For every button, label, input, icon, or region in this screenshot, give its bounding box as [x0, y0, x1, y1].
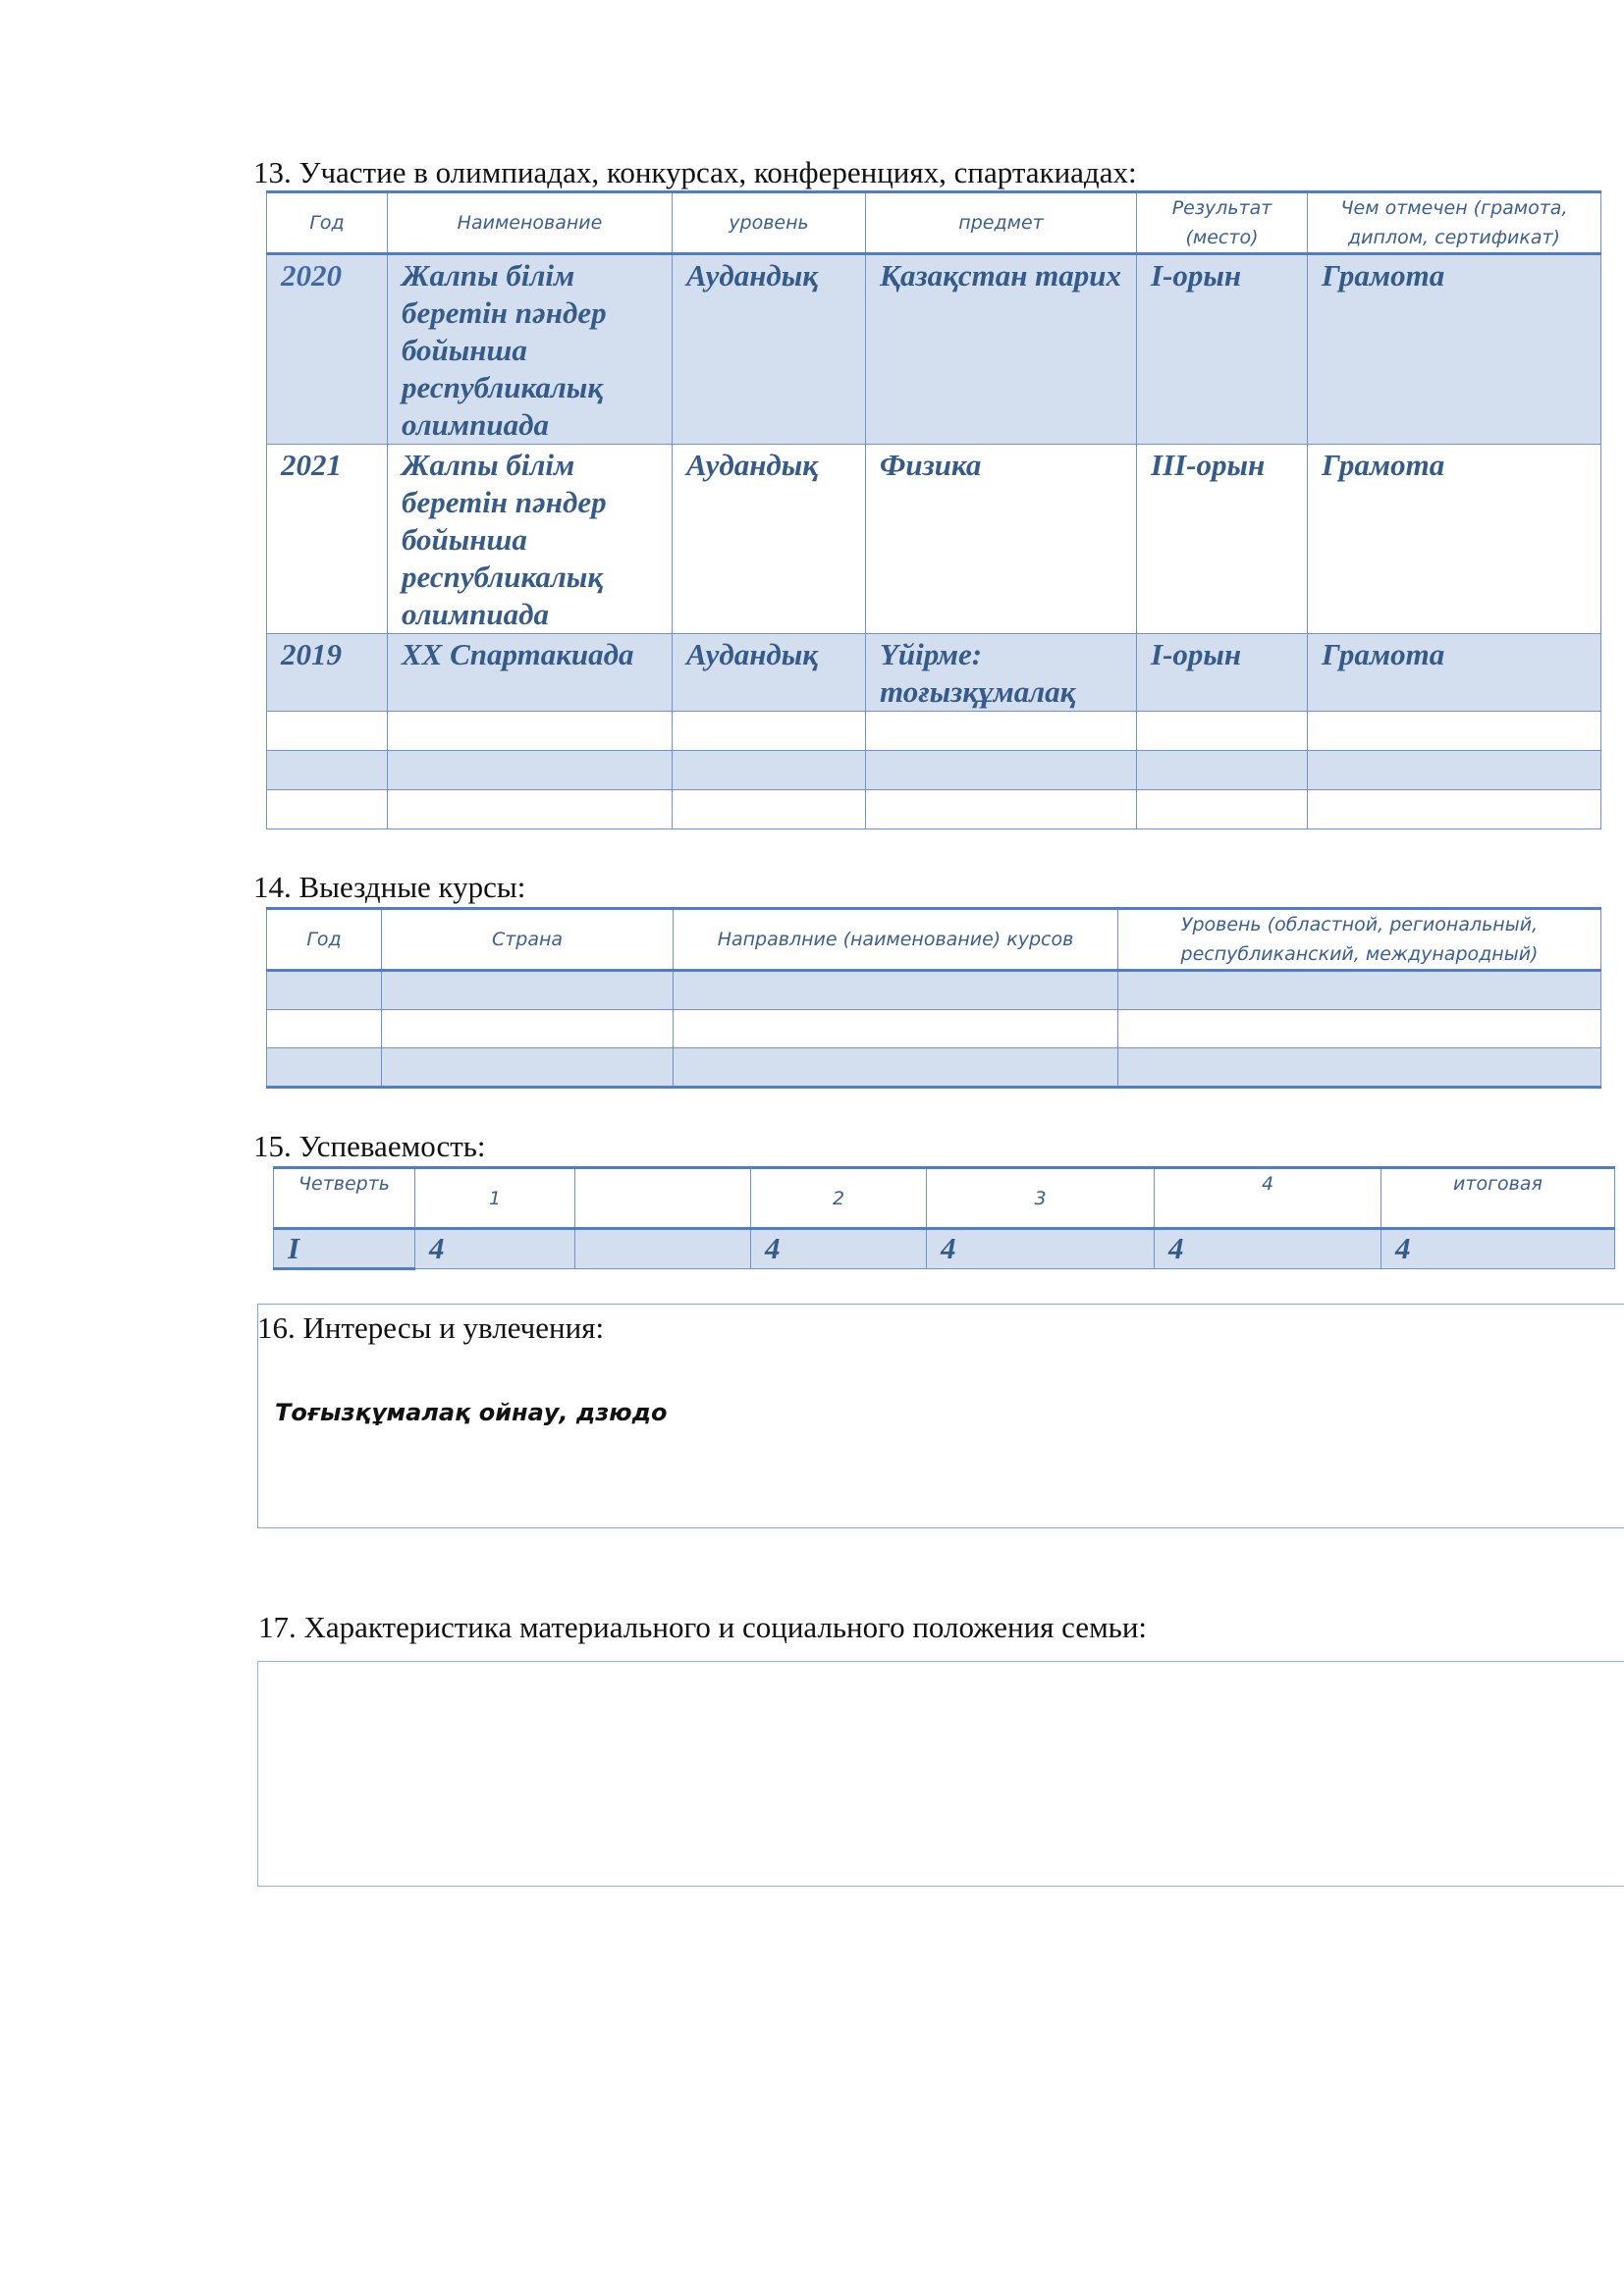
cell-name[interactable]: [388, 712, 673, 751]
cell-result[interactable]: [1137, 751, 1308, 790]
header-level: уровень: [673, 192, 866, 254]
header-award: Чем отмечен (грамота, диплом, сертификат…: [1308, 192, 1601, 254]
family-status-box[interactable]: [257, 1661, 1624, 1887]
cell-quarter[interactable]: I: [274, 1229, 415, 1269]
table-row: [267, 1048, 1601, 1088]
table-row: 2021 Жалпы білім беретін пәндер бойынша …: [267, 445, 1601, 634]
cell-level[interactable]: [673, 790, 866, 829]
header-result: Результат (место): [1137, 192, 1308, 254]
cell-award[interactable]: [1308, 712, 1601, 751]
cell-award[interactable]: [1308, 790, 1601, 829]
header-final: итоговая: [1381, 1168, 1615, 1229]
cell-name[interactable]: [388, 790, 673, 829]
cell-level[interactable]: [1118, 1048, 1601, 1088]
table-row: [267, 712, 1601, 751]
header-subject: предмет: [866, 192, 1137, 254]
cell-subject[interactable]: Үйірме: тоғызқұмалақ: [866, 634, 1137, 712]
header-country: Страна: [382, 909, 674, 971]
table-header-row: Год Страна Направлние (наименование) кур…: [267, 909, 1601, 971]
cell-level[interactable]: [1118, 1010, 1601, 1048]
cell-subject[interactable]: Физика: [866, 445, 1137, 634]
cell-q1[interactable]: 4: [415, 1229, 575, 1269]
cell-name[interactable]: Жалпы білім беретін пәндер бойынша респу…: [388, 254, 673, 445]
header-level: Уровень (областной, региональный, респуб…: [1118, 909, 1601, 971]
cell-year[interactable]: [267, 1010, 382, 1048]
table-row: 2020 Жалпы білім беретін пәндер бойынша …: [267, 254, 1601, 445]
section-17-title: 17. Характеристика материального и социа…: [258, 1610, 1147, 1645]
cell-country[interactable]: [382, 1048, 674, 1088]
cell-result[interactable]: [1137, 712, 1308, 751]
cell-name[interactable]: Жалпы білім беретін пәндер бойынша респу…: [388, 445, 673, 634]
cell-result[interactable]: III-орын: [1137, 445, 1308, 634]
cell-q4[interactable]: 4: [1155, 1229, 1381, 1269]
table-row: [267, 790, 1601, 829]
section-15-title: 15. Успеваемость:: [253, 1129, 486, 1164]
cell-level[interactable]: [673, 712, 866, 751]
cell-level[interactable]: [673, 751, 866, 790]
olympiad-table: Год Наименование уровень предмет Результ…: [266, 190, 1601, 829]
cell-award[interactable]: Грамота: [1308, 445, 1601, 634]
cell-name[interactable]: [388, 751, 673, 790]
header-blank: [575, 1168, 751, 1229]
cell-q2[interactable]: 4: [751, 1229, 927, 1269]
cell-level[interactable]: Аудандық: [673, 254, 866, 445]
table-row: [267, 751, 1601, 790]
cell-name[interactable]: XX Спартакиада: [388, 634, 673, 712]
cell-year[interactable]: [267, 1048, 382, 1088]
table-row: I 4 4 4 4 4: [274, 1229, 1615, 1269]
cell-year[interactable]: 2019: [267, 634, 388, 712]
cell-direction[interactable]: [674, 1010, 1118, 1048]
cell-country[interactable]: [382, 971, 674, 1010]
table-row: 2019 XX Спартакиада Аудандық Үйірме: тоғ…: [267, 634, 1601, 712]
cell-direction[interactable]: [674, 1048, 1118, 1088]
cell-level[interactable]: Аудандық: [673, 634, 866, 712]
header-quarter: Четверть: [274, 1168, 415, 1229]
cell-direction[interactable]: [674, 971, 1118, 1010]
cell-subject[interactable]: [866, 712, 1137, 751]
table-header-row: Год Наименование уровень предмет Результ…: [267, 192, 1601, 254]
courses-table: Год Страна Направлние (наименование) кур…: [266, 907, 1601, 1089]
table-row: [267, 971, 1601, 1010]
header-year: Год: [267, 909, 382, 971]
cell-year[interactable]: [267, 790, 388, 829]
section-16-title: 16. Интересы и увлечения:: [257, 1310, 604, 1346]
cell-year[interactable]: 2021: [267, 445, 388, 634]
header-q2: 2: [751, 1168, 927, 1229]
table-header-row: Четверть 1 2 3 4 итоговая: [274, 1168, 1615, 1229]
cell-award[interactable]: [1308, 751, 1601, 790]
cell-result[interactable]: [1137, 790, 1308, 829]
cell-level[interactable]: [1118, 971, 1601, 1010]
table-row: [267, 1010, 1601, 1048]
cell-result[interactable]: I-орын: [1137, 634, 1308, 712]
cell-subject[interactable]: [866, 790, 1137, 829]
cell-q3[interactable]: 4: [927, 1229, 1155, 1269]
cell-subject[interactable]: Қазақстан тарих: [866, 254, 1137, 445]
grades-table: Четверть 1 2 3 4 итоговая I 4 4 4 4 4: [273, 1166, 1615, 1270]
header-year: Год: [267, 192, 388, 254]
header-q4: 4: [1155, 1168, 1381, 1229]
cell-award[interactable]: Грамота: [1308, 254, 1601, 445]
header-direction: Направлние (наименование) курсов: [674, 909, 1118, 971]
header-name: Наименование: [388, 192, 673, 254]
cell-year[interactable]: [267, 751, 388, 790]
cell-result[interactable]: I-орын: [1137, 254, 1308, 445]
cell-country[interactable]: [382, 1010, 674, 1048]
interests-value[interactable]: Тоғызқұмалақ ойнау, дзюдо: [275, 1399, 667, 1426]
cell-final[interactable]: 4: [1381, 1229, 1615, 1269]
section-13-title: 13. Участие в олимпиадах, конкурсах, кон…: [253, 155, 1137, 190]
cell-award[interactable]: Грамота: [1308, 634, 1601, 712]
header-q1: 1: [415, 1168, 575, 1229]
section-14-title: 14. Выездные курсы:: [253, 870, 525, 905]
cell-year[interactable]: 2020: [267, 254, 388, 445]
cell-year[interactable]: [267, 971, 382, 1010]
cell-subject[interactable]: [866, 751, 1137, 790]
cell-year[interactable]: [267, 712, 388, 751]
header-q3: 3: [927, 1168, 1155, 1229]
cell-blank[interactable]: [575, 1229, 751, 1269]
cell-level[interactable]: Аудандық: [673, 445, 866, 634]
